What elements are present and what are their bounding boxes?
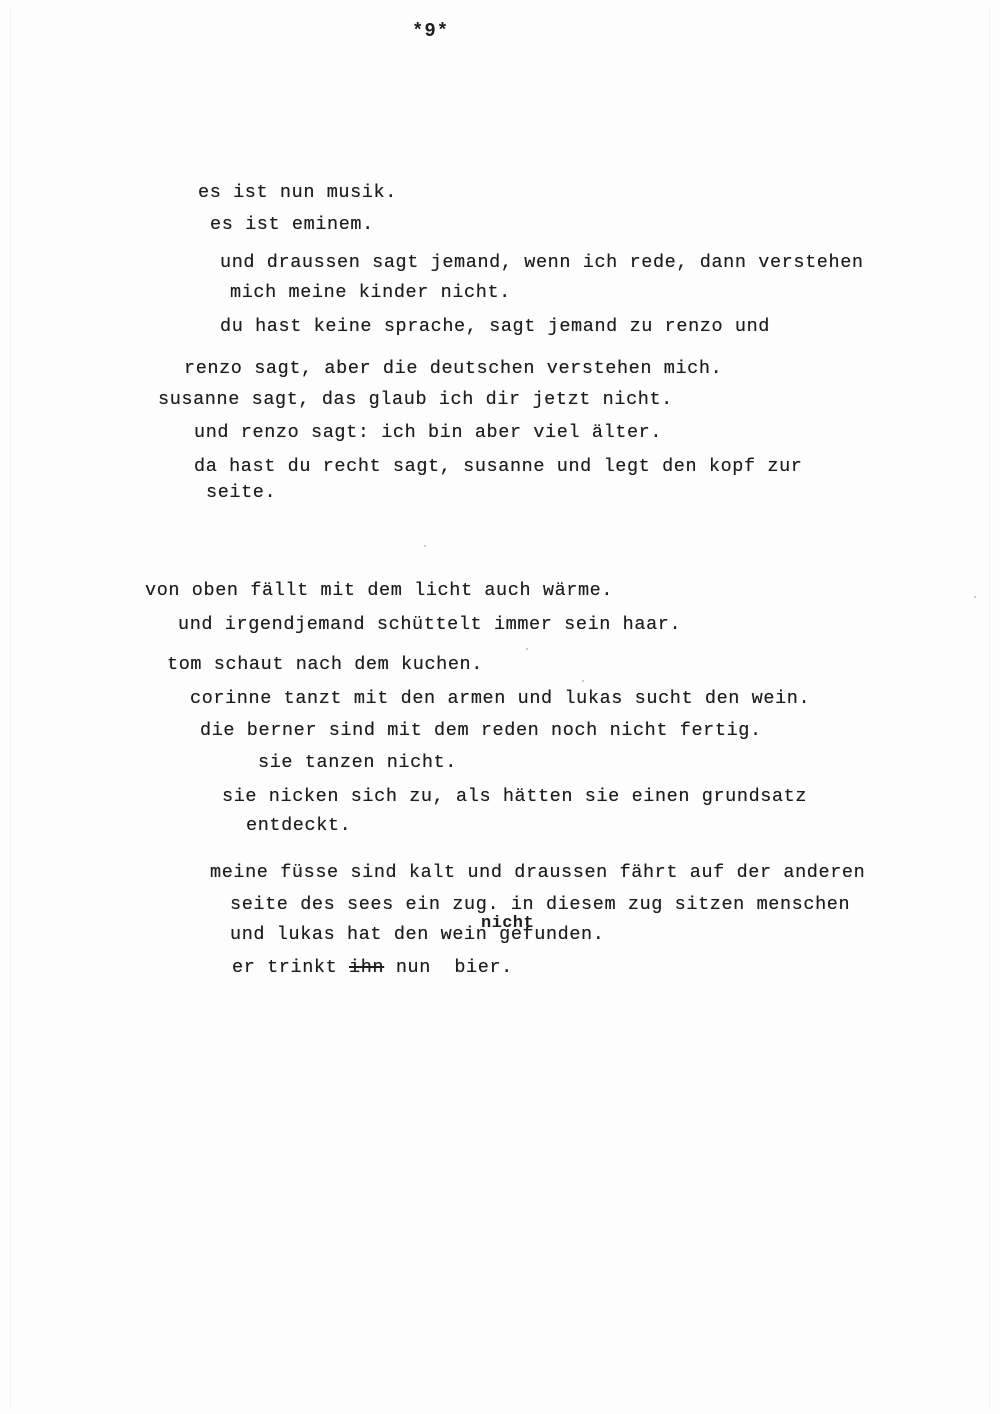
text-line: seite. <box>206 482 276 503</box>
text-line: du hast keine sprache, sagt jemand zu re… <box>220 316 770 337</box>
text-fragment: nun bier. <box>384 957 513 978</box>
text-line: sie tanzen nicht. <box>258 752 457 773</box>
text-line: da hast du recht sagt, susanne und legt … <box>194 456 803 477</box>
text-line: renzo sagt, aber die deutschen verstehen… <box>184 358 722 379</box>
text-line: es ist nun musik. <box>198 182 397 203</box>
text-line: mich meine kinder nicht. <box>230 282 511 303</box>
text-line: es ist eminem. <box>210 214 374 235</box>
text-line: sie nicken sich zu, als hätten sie einen… <box>222 786 807 807</box>
scan-speck <box>526 648 528 650</box>
struck-word: ihn <box>349 957 384 978</box>
text-line: und irgendjemand schüttelt immer sein ha… <box>178 614 681 635</box>
text-line: und lukas hat den wein gefunden. <box>230 924 604 945</box>
text-line: corinne tanzt mit den armen und lukas su… <box>190 688 810 709</box>
text-line: susanne sagt, das glaub ich dir jetzt ni… <box>158 389 673 410</box>
text-line: und renzo sagt: ich bin aber viel älter. <box>194 422 662 443</box>
text-line: er trinkt ihn nun bier. <box>232 957 513 978</box>
text-fragment: er trinkt <box>232 957 349 978</box>
scan-speck <box>424 545 426 547</box>
text-line: von oben fällt mit dem licht auch wärme. <box>145 580 613 601</box>
text-line: entdeckt. <box>246 815 351 836</box>
text-line: seite des sees ein zug. in diesem zug si… <box>230 894 850 915</box>
text-line: und draussen sagt jemand, wenn ich rede,… <box>220 252 864 273</box>
scan-speck <box>974 596 976 598</box>
text-line: die berner sind mit dem reden noch nicht… <box>200 720 762 741</box>
text-line: meine füsse sind kalt und draussen fährt… <box>210 862 865 883</box>
text-line: tom schaut nach dem kuchen. <box>167 654 483 675</box>
scan-speck <box>582 680 584 682</box>
page-number: *9* <box>412 20 449 42</box>
